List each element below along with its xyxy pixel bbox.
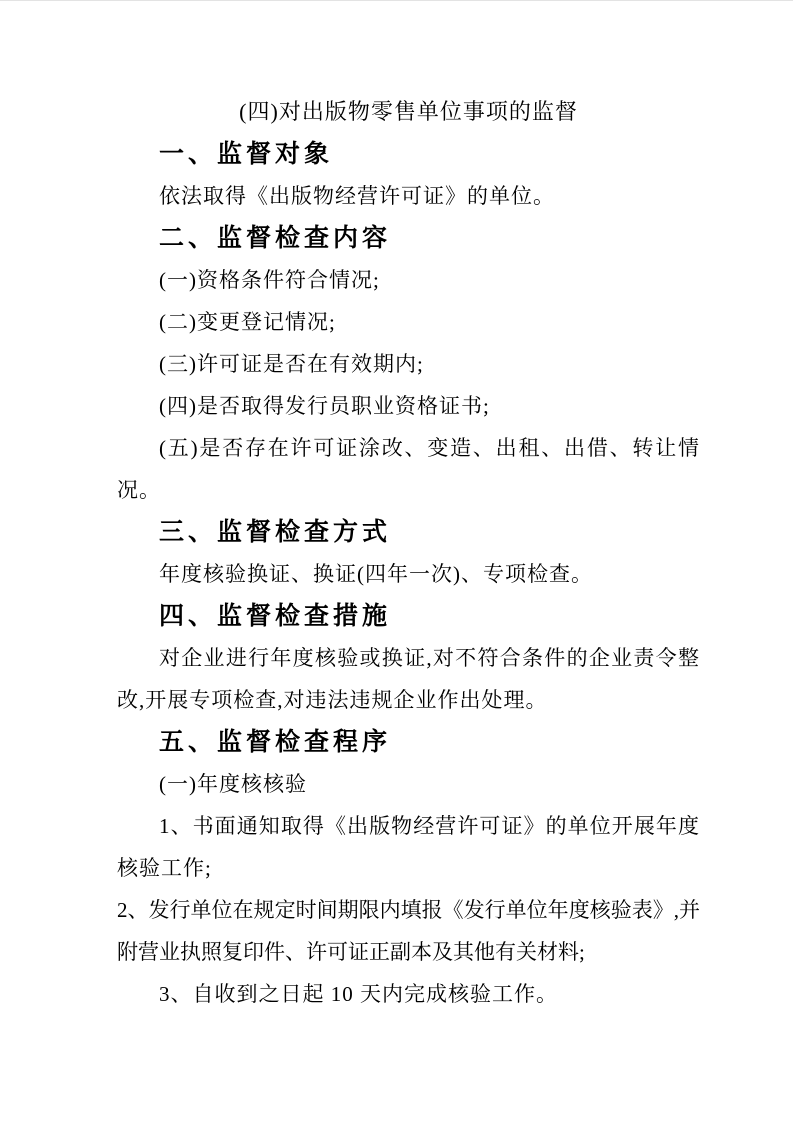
document-page: (四)对出版物零售单位事项的监督 一、监督对象 依法取得《出版物经营许可证》的单…: [0, 0, 793, 1122]
text-column: (四)对出版物零售单位事项的监督 一、监督对象 依法取得《出版物经营许可证》的单…: [117, 91, 700, 1015]
section-heading-4: 四、监督检查措施: [117, 595, 700, 637]
paragraph-check-method: 年度核验换证、换证(四年一次)、专项检查。: [117, 553, 700, 595]
paragraph-supervision-target: 依法取得《出版物经营许可证》的单位。: [117, 175, 700, 217]
paragraph-content-item-2: (二)变更登记情况;: [117, 301, 700, 343]
section-heading-3: 三、监督检查方式: [117, 511, 700, 553]
paragraph-content-item-5: (五)是否存在许可证涂改、变造、出租、出借、转让情况。: [117, 427, 700, 511]
section-heading-1: 一、监督对象: [117, 133, 700, 175]
paragraph-procedure-step-3: 3、自收到之日起 10 天内完成核验工作。: [117, 973, 700, 1015]
paragraph-content-item-3: (三)许可证是否在有效期内;: [117, 343, 700, 385]
paragraph-procedure-subheading: (一)年度核核验: [117, 763, 700, 805]
paragraph-procedure-step-2: 2、发行单位在规定时间期限内填报《发行单位年度核验表》,并附营业执照复印件、许可…: [117, 889, 700, 973]
section-heading-2: 二、监督检查内容: [117, 217, 700, 259]
paragraph-content-item-4: (四)是否取得发行员职业资格证书;: [117, 385, 700, 427]
paragraph-procedure-step-1: 1、书面通知取得《出版物经营许可证》的单位开展年度核验工作;: [117, 805, 700, 889]
doc-title: (四)对出版物零售单位事项的监督: [117, 91, 700, 133]
paragraph-content-item-1: (一)资格条件符合情况;: [117, 259, 700, 301]
paragraph-check-measures: 对企业进行年度核验或换证,对不符合条件的企业责令整改,开展专项检查,对违法违规企…: [117, 637, 700, 721]
section-heading-5: 五、监督检查程序: [117, 721, 700, 763]
